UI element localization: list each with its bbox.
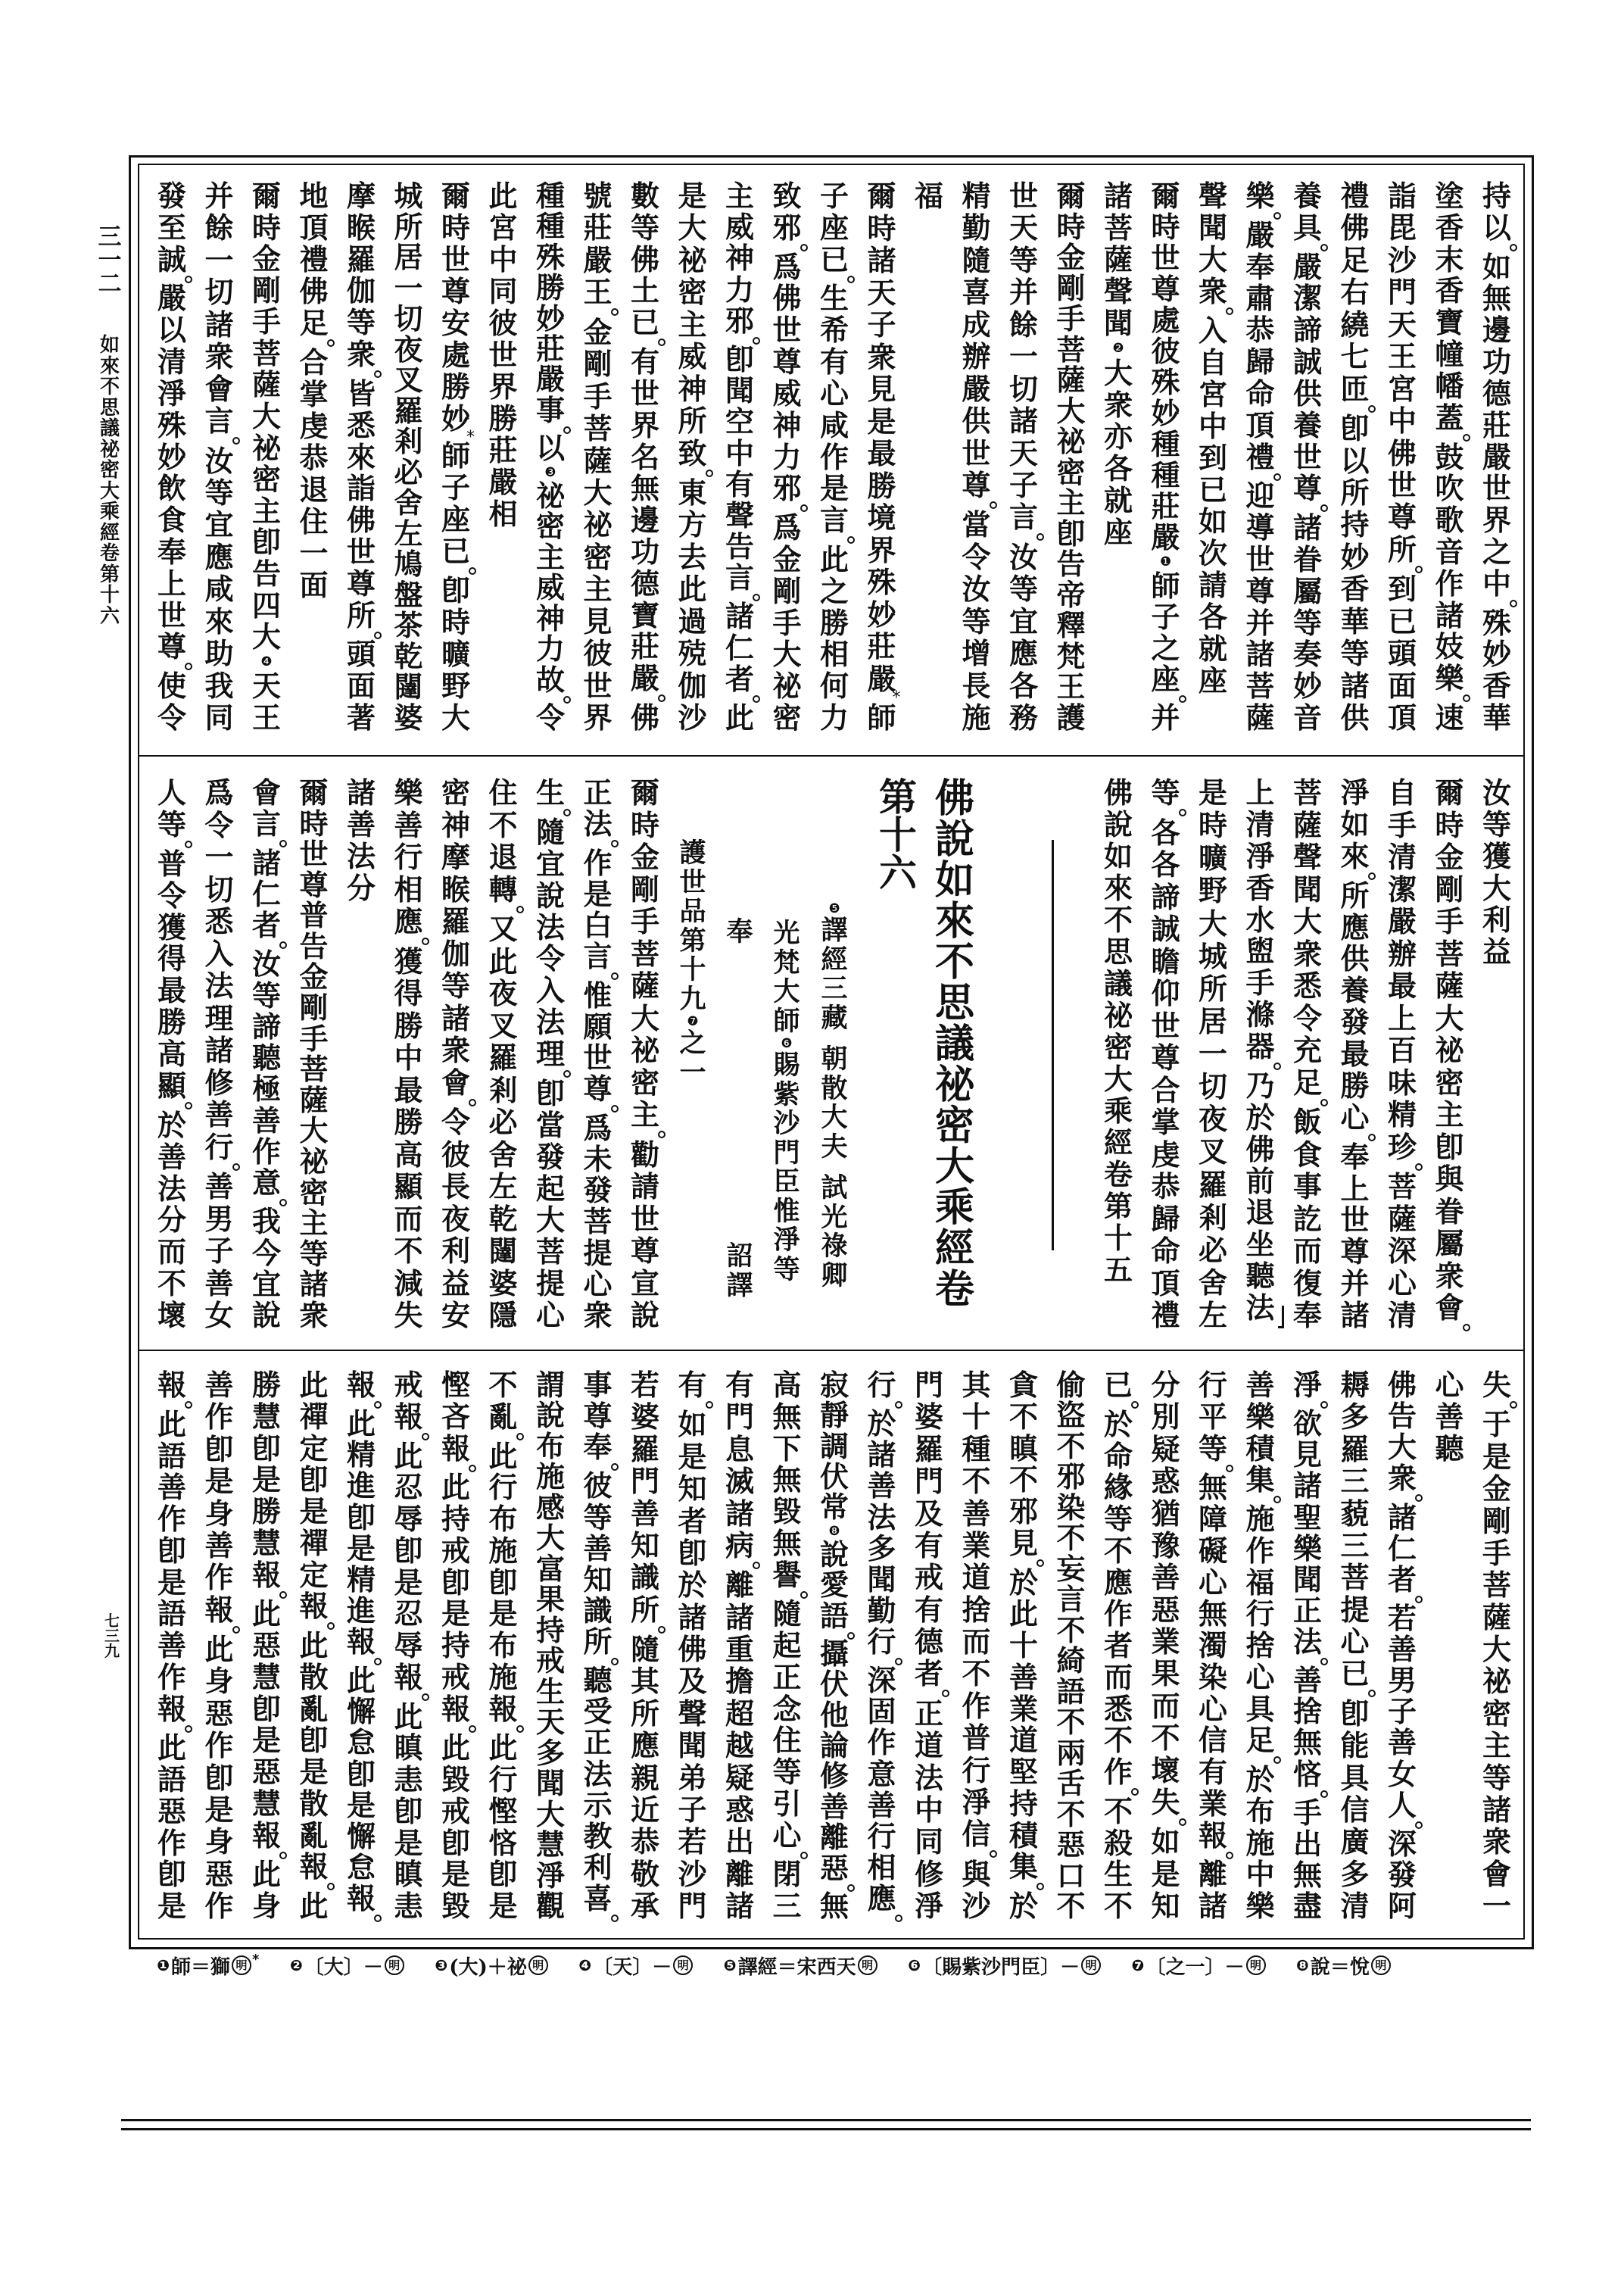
glyph: 爲	[201, 779, 238, 807]
glyph: 說	[531, 882, 569, 910]
glyph: 之	[815, 577, 853, 606]
glyph: 彼	[579, 1471, 617, 1500]
glyph: 時	[248, 214, 285, 242]
glyph: 相	[815, 640, 853, 669]
glyph: 誠。	[153, 245, 191, 274]
glyph: 自	[1194, 348, 1232, 377]
glyph: 緣	[1099, 1473, 1137, 1502]
glyph: 會	[248, 779, 285, 807]
glyph: 吹	[1431, 474, 1469, 503]
glyph: 宜	[1005, 607, 1043, 636]
glyph: 作	[1431, 570, 1469, 598]
glyph: 報。	[342, 1371, 380, 1400]
glyph: 離	[1194, 1860, 1232, 1889]
glyph: 思	[931, 983, 978, 1024]
text-column: 報。此語善作卽是語善作報。此語惡作卽是	[153, 1371, 191, 1921]
glyph: 伏	[815, 1462, 853, 1491]
glyph: 而	[958, 1628, 996, 1656]
glyph: 作	[201, 1403, 238, 1431]
glyph: 座	[815, 214, 853, 242]
glyph: 護	[674, 839, 712, 869]
glyph: 高	[768, 1371, 806, 1400]
glyph: 時	[295, 810, 333, 838]
glyph: 應。	[863, 1884, 901, 1913]
glyph: 威	[768, 379, 806, 408]
glyph: 諸	[1099, 182, 1137, 211]
glyph: 入	[531, 976, 569, 1005]
glyph: 增	[958, 639, 996, 668]
glyph: 生	[531, 1677, 569, 1706]
glyph: 衆。	[342, 340, 380, 369]
glyph: 金	[1052, 243, 1090, 272]
glyph: 剎	[485, 1076, 522, 1105]
glyph: 定	[295, 1561, 333, 1590]
glyph: 法」	[1242, 1294, 1280, 1322]
glyph: 意	[863, 1760, 901, 1789]
glyph: 野	[1194, 876, 1232, 905]
glyph: 邪	[1052, 1462, 1090, 1491]
glyph: 悋	[485, 1829, 522, 1858]
glyph: 屬	[1431, 1229, 1469, 1258]
glyph: 沙	[768, 1109, 806, 1139]
glyph: 吝	[437, 1403, 475, 1431]
glyph: 伽	[342, 276, 380, 305]
glyph: 不	[485, 811, 522, 840]
glyph: 仁	[1383, 1534, 1421, 1563]
glyph: 夜	[437, 1205, 475, 1234]
text-column: 人等。普令獲得最勝高顯。於善法分而不壞	[153, 779, 191, 1330]
glyph: 等	[248, 982, 285, 1010]
glyph: 各	[1147, 850, 1185, 879]
footnote-text: 〔天〕－	[593, 1952, 672, 1980]
text-column: 會言。諸仁者。汝等諦聽極善作意。我今宜說	[248, 779, 285, 1330]
bottom-rule-lower	[121, 2128, 1531, 2130]
glyph: 舍	[1194, 1269, 1232, 1297]
glyph: 高	[153, 1040, 191, 1069]
glyph: 等	[437, 972, 475, 1000]
glyph: 神	[674, 375, 712, 404]
glyph: 過	[674, 607, 712, 636]
glyph: 善	[201, 1100, 238, 1129]
glyph: 聽	[1431, 1434, 1469, 1463]
glyph: 言。	[721, 563, 759, 592]
glyph: 五	[1099, 1256, 1137, 1284]
glyph: 莊	[626, 632, 664, 661]
glyph: 右	[1336, 278, 1374, 307]
glyph: 起	[768, 1631, 806, 1660]
glyph: 寶	[1431, 308, 1469, 337]
glyph: 時	[1431, 811, 1469, 840]
glyph: 與	[958, 1860, 996, 1889]
glyph: 言	[1052, 1585, 1090, 1614]
glyph: 衆	[579, 1301, 617, 1330]
glyph: 夜	[485, 979, 522, 1008]
edition-circle-mark: 明	[385, 1955, 404, 1975]
glyph: 此	[153, 1734, 191, 1762]
text-column: 爾時金剛手菩薩大祕密主。勸請世尊宣說	[626, 779, 664, 1330]
glyph: 境	[863, 504, 901, 532]
glyph: 說	[626, 1301, 664, 1330]
glyph: 剛	[626, 875, 664, 904]
glyph: 施	[485, 1537, 522, 1565]
glyph: 業	[1194, 1790, 1232, 1818]
glyph: 四	[248, 591, 285, 620]
glyph: 眷	[1431, 1197, 1469, 1226]
text-column: 生。隨宜說法令入法理。卽當發起大菩提心	[531, 779, 569, 1330]
footnote-text: 說＝悅	[1311, 1952, 1370, 1980]
glyph: 分	[342, 874, 380, 903]
glyph: 不	[1099, 1537, 1137, 1565]
glyph: 十	[1005, 1631, 1043, 1660]
glyph: 剛	[579, 350, 617, 379]
glyph: 誠	[1289, 348, 1326, 376]
glyph: 慳	[485, 1797, 522, 1826]
text-column: 世天等并餘一切諸天子言。汝等宜應各務	[1005, 182, 1043, 732]
glyph: 經	[95, 523, 125, 545]
edition-circle-mark: 明	[1371, 1955, 1391, 1975]
glyph: 此	[342, 1666, 380, 1695]
glyph: 卽	[342, 1503, 380, 1532]
glyph: 子	[437, 473, 475, 502]
glyph: 所	[1336, 479, 1374, 507]
glyph: 供	[1289, 379, 1326, 408]
glyph: 心	[1194, 1695, 1232, 1724]
glyph: 是	[153, 1568, 191, 1597]
glyph: 座	[1099, 518, 1137, 547]
variant-asterisk: *	[863, 697, 901, 700]
text-column: 寂靜調伏常❽說愛語。攝伏他論修善離惡。無	[815, 1371, 853, 1921]
glyph: 此	[1005, 1599, 1043, 1628]
glyph: 以	[531, 434, 569, 463]
edition-circle-mark: 明	[528, 1955, 548, 1975]
glyph: 野	[437, 672, 475, 701]
glyph: 禮	[1147, 1301, 1185, 1330]
glyph: 之	[1147, 634, 1185, 663]
text-column: 失。于是金剛手菩薩大祕密主等諸衆會一	[1478, 1371, 1516, 1921]
glyph: 出	[721, 1827, 759, 1856]
glyph: 恭	[626, 1827, 664, 1856]
glyph: 積	[1242, 1434, 1280, 1463]
glyph: 所	[626, 1699, 664, 1728]
glyph: 第	[875, 779, 921, 816]
glyph: 薩	[1431, 972, 1469, 1000]
glyph: 第	[1099, 1192, 1137, 1221]
glyph: 菩	[1052, 335, 1090, 364]
glyph: 城	[390, 182, 428, 211]
glyph: 薩	[1383, 1205, 1421, 1234]
glyph: 世	[485, 341, 522, 370]
glyph: 門	[768, 1139, 806, 1169]
glyph: 惡	[201, 1860, 238, 1889]
glyph: 應	[1099, 1568, 1137, 1597]
glyph: 捨	[958, 1596, 996, 1624]
glyph: 道	[1005, 1726, 1043, 1755]
glyph: 者	[674, 1507, 712, 1536]
glyph: 三	[1336, 1531, 1374, 1560]
glyph: 王	[248, 704, 285, 732]
glyph: 礙	[1194, 1537, 1232, 1565]
glyph: 於	[1242, 1765, 1280, 1794]
glyph: 宮	[485, 214, 522, 242]
glyph: 來	[931, 901, 978, 942]
glyph: 無	[768, 1529, 806, 1558]
glyph: 神	[721, 244, 759, 273]
glyph: 梵	[1052, 642, 1090, 671]
glyph: 潔	[1289, 284, 1326, 313]
glyph: 神	[531, 604, 569, 633]
glyph: 珍。	[1383, 1133, 1421, 1162]
fascicle-separator-rule	[1052, 840, 1054, 1250]
glyph: 樂。	[1431, 664, 1469, 693]
glyph: 剛	[1478, 1507, 1516, 1536]
glyph: 堅	[1005, 1758, 1043, 1787]
glyph: 所	[1194, 975, 1232, 1003]
glyph: 剛	[248, 276, 285, 305]
glyph: 幢	[1431, 340, 1469, 369]
glyph: 聲	[1099, 277, 1137, 306]
glyph: 界	[1478, 506, 1516, 535]
glyph: 所	[1336, 882, 1374, 910]
glyph: 分	[153, 1206, 191, 1234]
glyph: 等	[1336, 639, 1374, 668]
glyph: 報。	[390, 1403, 428, 1431]
running-title: 如來不思議祕密大乘經卷第十六	[95, 335, 125, 627]
glyph: 佛	[626, 245, 664, 274]
glyph: 者。	[910, 1659, 948, 1688]
glyph: 及	[674, 1667, 712, 1696]
glyph: 若	[626, 1371, 664, 1400]
translator-line-2: 光梵大師❻賜紫沙門臣惟淨等	[768, 919, 806, 1284]
glyph: 是	[295, 1497, 333, 1526]
glyph: 而	[1289, 1237, 1326, 1266]
glyph: 信	[1194, 1726, 1232, 1755]
glyph: 相	[485, 500, 522, 529]
glyph: 而	[1147, 1692, 1185, 1721]
glyph: 祕	[674, 246, 712, 275]
glyph: 一	[295, 539, 333, 568]
glyph: 病。	[721, 1531, 759, 1560]
glyph: 中。	[1478, 570, 1516, 598]
glyph: 諸	[1383, 1503, 1421, 1532]
glyph: 不	[1099, 906, 1137, 935]
glyph: 菩	[1099, 214, 1137, 242]
glyph: 城	[1194, 942, 1232, 971]
glyph: 金	[295, 963, 333, 991]
glyph: 務	[1005, 704, 1043, 732]
footnote-text: 師＝獅	[171, 1952, 230, 1980]
glyph: 座	[1194, 666, 1232, 695]
glyph: 子	[815, 182, 853, 211]
glyph: 藐	[1336, 1500, 1374, 1528]
glyph: 散	[815, 1075, 853, 1104]
glyph: 叉	[1194, 1138, 1232, 1166]
glyph: 祕	[579, 510, 617, 539]
punctuation-mark: 。	[611, 1915, 619, 1922]
glyph: 卽	[1336, 414, 1374, 443]
glyph: 子	[1147, 603, 1185, 632]
text-column: 爾時金剛手菩薩大祕密主卽與眷屬衆會。	[1431, 779, 1469, 1330]
glyph: 密	[248, 465, 285, 494]
glyph: 薩	[1478, 1603, 1516, 1632]
glyph: 信。	[958, 1820, 996, 1849]
glyph: 勝	[485, 404, 522, 433]
glyph: 聲	[1194, 182, 1232, 211]
glyph: 疑	[721, 1764, 759, 1793]
glyph: 時	[1052, 213, 1090, 242]
glyph: 勝	[153, 1008, 191, 1037]
glyph: 修	[201, 1069, 238, 1097]
glyph: 種	[531, 212, 569, 241]
glyph: 戒	[437, 1663, 475, 1692]
glyph: 佛	[768, 284, 806, 313]
footnote-marker: ❹	[578, 1956, 591, 1974]
glyph: 等	[768, 1758, 806, 1787]
glyph: 足。	[1242, 1726, 1280, 1755]
glyph: 心	[579, 1270, 617, 1299]
glyph: 多	[531, 1739, 569, 1768]
glyph: 剛	[295, 994, 333, 1022]
glyph: 朝	[815, 1045, 853, 1075]
glyph: 顯	[390, 1172, 428, 1201]
glyph: 第	[674, 927, 712, 957]
note-marker: ❷	[1099, 341, 1137, 356]
glyph: 報。	[201, 1596, 238, 1624]
glyph: 善	[863, 1471, 901, 1500]
glyph: 心	[1194, 1568, 1232, 1597]
glyph: 悉	[342, 411, 380, 440]
glyph: 食	[1289, 1141, 1326, 1169]
glyph: 主	[1478, 1731, 1516, 1760]
footnote: ❹〔天〕－明	[578, 1952, 693, 1980]
glyph: 心	[1336, 1628, 1374, 1656]
glyph: 伽	[437, 940, 475, 969]
glyph: 祕	[95, 440, 125, 461]
glyph: 不	[1052, 1892, 1090, 1921]
glyph: 香	[1431, 276, 1469, 305]
text-column: 諸善法分	[342, 779, 380, 1330]
glyph: 喜	[958, 278, 996, 307]
glyph: 咸	[815, 411, 853, 440]
glyph: 足。	[295, 309, 333, 338]
glyph: 說	[531, 1401, 569, 1430]
glyph: 等	[201, 479, 238, 507]
glyph: 尊	[342, 570, 380, 598]
glyph: 左	[485, 1172, 522, 1201]
glyph: 報。	[153, 1371, 191, 1400]
glyph: 作	[579, 849, 617, 878]
glyph: 恭	[1147, 1172, 1185, 1201]
glyph: 掌	[1147, 1108, 1185, 1137]
glyph: 摩	[437, 843, 475, 872]
glyph: 沙	[1383, 246, 1421, 275]
glyph: 作	[153, 1505, 191, 1534]
glyph: 婆	[390, 704, 428, 732]
glyph: 恭	[295, 444, 333, 473]
glyph: 嚴	[153, 284, 191, 313]
glyph: 門	[674, 1892, 712, 1921]
glyph: 懈	[342, 1697, 380, 1726]
glyph: 不	[390, 1237, 428, 1266]
glyph: 偷	[1052, 1371, 1090, 1400]
glyph: 卽	[437, 1568, 475, 1597]
glyph: 淨	[153, 379, 191, 408]
glyph: 意。	[248, 1169, 285, 1197]
glyph: 世	[437, 245, 475, 274]
edition-circle-mark: 明	[858, 1955, 877, 1975]
glyph: 致。	[674, 439, 712, 468]
glyph: 尊	[768, 348, 806, 376]
glyph: 行	[1194, 1371, 1232, 1400]
glyph: 最	[863, 439, 901, 468]
glyph: 薩	[1289, 811, 1326, 840]
translator-line-3-top: 奉	[721, 918, 759, 947]
glyph: 是	[674, 182, 712, 211]
glyph: 心。	[768, 1821, 806, 1850]
glyph: 寂	[815, 1371, 853, 1400]
glyph: 并	[201, 182, 238, 211]
glyph: 妙	[1147, 399, 1185, 428]
glyph: 見	[579, 607, 617, 636]
glyph: 上	[1242, 779, 1280, 807]
glyph: 時	[626, 811, 664, 840]
glyph: 毀	[437, 1765, 475, 1794]
glyph: 生	[1099, 1860, 1137, 1889]
glyph: 諸	[295, 1270, 333, 1299]
glyph: 離	[815, 1823, 853, 1852]
glyph: 大	[1289, 907, 1326, 936]
glyph: 汝	[958, 575, 996, 604]
glyph: 菩	[1289, 779, 1326, 807]
glyph: 夜	[390, 335, 428, 364]
glyph: 主	[1431, 1100, 1469, 1129]
glyph: 隨	[626, 1635, 664, 1664]
glyph: 此	[485, 1442, 522, 1471]
text-column: 精勤隨喜成辦嚴供世尊。當令汝等增長施	[958, 182, 996, 732]
glyph: 諦	[1289, 316, 1326, 345]
glyph: 祕	[931, 1065, 978, 1106]
glyph: 諸	[674, 1603, 712, 1632]
glyph: 戒	[531, 1646, 569, 1675]
glyph: 集。	[1242, 1465, 1280, 1494]
glyph: 必	[485, 1108, 522, 1137]
glyph: 盥	[1242, 937, 1280, 966]
glyph: 淨	[531, 1862, 569, 1890]
glyph: 世	[1336, 1206, 1374, 1234]
glyph: 德	[1478, 379, 1516, 408]
glyph: 此	[390, 1702, 428, 1731]
glyph: 世	[342, 538, 380, 566]
glyph: 種	[958, 1435, 996, 1464]
glyph: 天	[1005, 439, 1043, 468]
glyph: 不	[95, 377, 125, 398]
glyph: 具	[1336, 1764, 1374, 1793]
glyph: 此	[674, 575, 712, 604]
glyph: 婆	[910, 1403, 948, 1431]
glyph: 其	[958, 1371, 996, 1400]
glyph: 越	[721, 1731, 759, 1760]
text-column: 住不退轉。又此夜叉羅剎必舍左乾闥婆隱	[485, 779, 522, 1330]
glyph: 到	[1194, 444, 1232, 473]
glyph: 奉	[1336, 1143, 1374, 1172]
glyph: 無	[1194, 1473, 1232, 1502]
glyph: 爲	[768, 513, 806, 542]
glyph: 恭	[1242, 316, 1280, 345]
glyph: 報。	[342, 1884, 380, 1913]
glyph: 六	[875, 854, 921, 892]
glyph: 佛	[1383, 1371, 1421, 1400]
glyph: 持	[1005, 1790, 1043, 1818]
glyph: 祕	[1431, 1036, 1469, 1065]
